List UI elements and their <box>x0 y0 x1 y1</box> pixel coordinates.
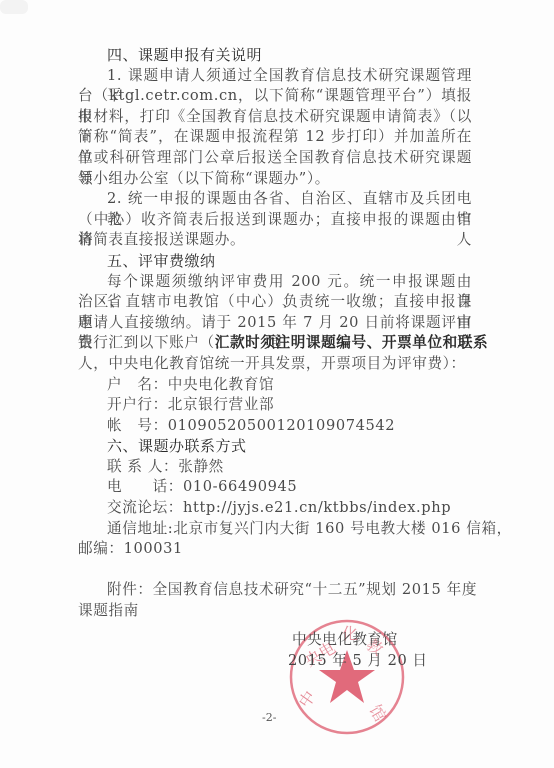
postcode-row: 邮编：100031 <box>78 539 472 560</box>
scan-artifact <box>0 0 28 14</box>
phone-value: 010-66490945 <box>183 478 297 495</box>
account-bank-row: 开户行：北京银行营业部 <box>78 395 472 416</box>
account-bank-value: 北京银行营业部 <box>168 396 274 413</box>
attachment-line: 课题指南 <box>78 601 472 622</box>
paragraph-line: 导小组办公室（以下简称“课题办”）。 <box>78 169 472 190</box>
attachment-line: 附件：全国教育信息技术研究“十二五”规划 2015 年度 <box>78 580 472 601</box>
spacer <box>78 560 472 581</box>
phone-label: 电 话： <box>107 478 183 495</box>
document-page: 四、课题申报有关说明 1. 课题申请人须通过全国教育信息技术研究课题管理平 台（… <box>0 0 554 768</box>
forum-link[interactable]: http://jyjs.e21.cn/ktbbs/index.php <box>183 499 451 516</box>
paragraph-text: 银行汇到以下账户（ <box>78 334 215 351</box>
emphasized-note: 汇款时须注明课题编号、开票单位和联系 <box>215 334 489 351</box>
address-row: 通信地址:北京市复兴门内大街 160 号电教大楼 016 信箱， <box>78 519 472 540</box>
account-number-row: 帐 号：01090520500120109074542 <box>78 416 472 437</box>
paragraph-line: 台（ktgl.cetr.com.cn，以下简称“课题管理平台”）填报申 <box>78 86 472 107</box>
signature-date: 2015 年 5 月 20 日 <box>288 649 448 670</box>
paragraph-line: （中心）收齐简表后报送到课题办；直接申报的课题由申请人 <box>78 210 472 231</box>
contact-value: 张静然 <box>178 458 224 475</box>
svg-text:中: 中 <box>295 687 320 711</box>
paragraph-line: 1. 课题申请人须通过全国教育信息技术研究课题管理平 <box>78 66 472 87</box>
paragraph-line: 简称“简表”，在课题申报流程第 12 步打印）并加盖所在单 <box>78 127 472 148</box>
document-body: 四、课题申报有关说明 1. 课题申请人须通过全国教育信息技术研究课题管理平 台（… <box>78 45 472 622</box>
page-number: -2- <box>262 711 276 724</box>
paragraph-line: 银行汇到以下账户（汇款时须注明课题编号、开票单位和联系 <box>78 333 472 354</box>
account-bank-label: 开户行： <box>107 396 168 413</box>
paragraph-line: 2. 统一申报的课题由各省、自治区、直辖市及兵团电教馆 <box>78 189 472 210</box>
paragraph-line: 位或科研管理部门公章后报送全国教育信息技术研究课题领 <box>78 148 472 169</box>
account-number-label: 帐 号： <box>107 417 168 434</box>
paragraph-line: 人，中央电化教育馆统一开具发票，开票项目为评审费）： <box>78 354 472 375</box>
svg-text:馆: 馆 <box>366 702 390 725</box>
forum-label: 交流论坛： <box>107 499 183 516</box>
address-value: 北京市复兴门内大街 160 号电教大楼 016 信箱， <box>173 520 512 537</box>
signature-org: 中央电化教育馆 <box>292 628 452 649</box>
contact-label: 联 系 人： <box>107 458 178 475</box>
account-name-value: 中央电化教育馆 <box>168 376 274 393</box>
phone-row: 电 话：010-66490945 <box>78 477 472 498</box>
account-name-row: 户 名：中央电化教育馆 <box>78 375 472 396</box>
paragraph-line: 报材料，打印《全国教育信息技术研究课题申请简表》（以下 <box>78 107 472 128</box>
paragraph-line: 治区、直辖市电教馆（中心）负责统一收缴；直接申报课题由 <box>78 292 472 313</box>
address-label: 通信地址: <box>107 520 173 537</box>
contact-person-row: 联 系 人：张静然 <box>78 457 472 478</box>
section-heading-application: 四、课题申报有关说明 <box>78 45 472 66</box>
paragraph-line: 申请人直接缴纳。请于 2015 年 7 月 20 日前将课题评审费通过 <box>78 313 472 334</box>
account-name-label: 户 名： <box>107 376 168 393</box>
account-number-value: 01090520500120109074542 <box>168 417 395 434</box>
section-heading-fee: 五、评审费缴纳 <box>78 251 472 272</box>
paragraph-line: 每个课题须缴纳评审费用 200 元。统一申报课题由省、自 <box>78 272 472 293</box>
section-heading-contact: 六、课题办联系方式 <box>78 436 472 457</box>
forum-row: 交流论坛：http://jyjs.e21.cn/ktbbs/index.php <box>78 498 472 519</box>
